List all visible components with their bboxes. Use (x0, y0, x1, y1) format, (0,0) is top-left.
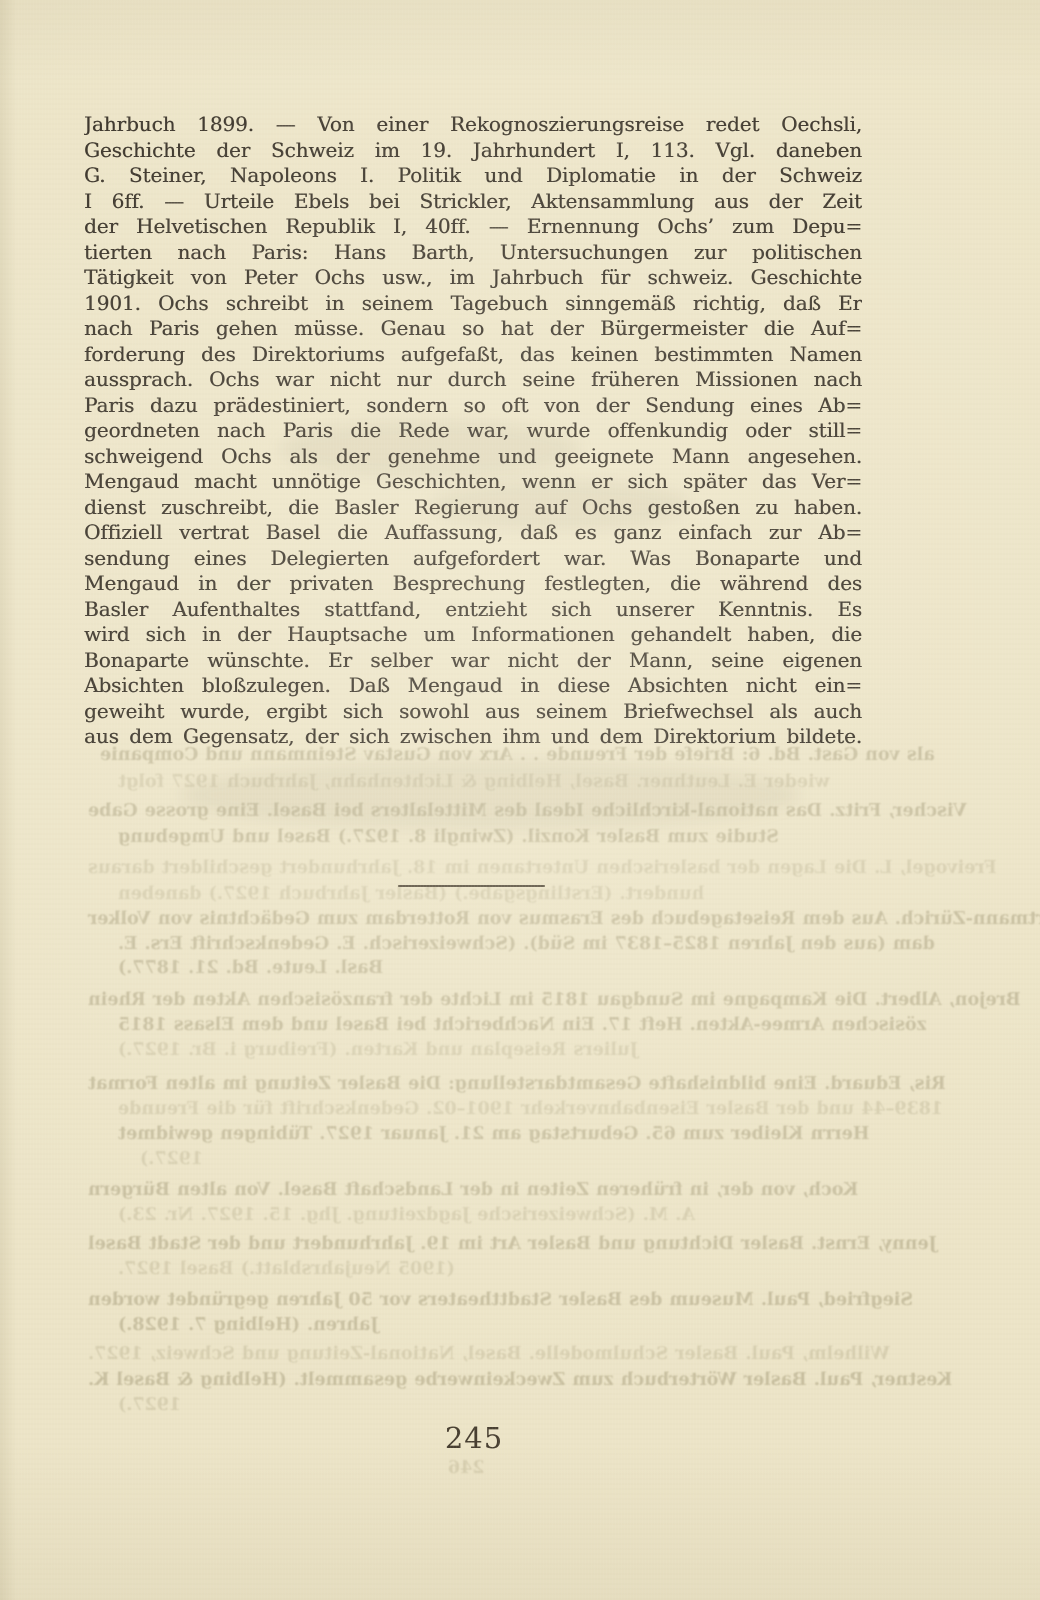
bleedthrough-line: dam (aus den Jahren 1825–1837 im Süd). (… (118, 934, 935, 954)
footnote-line: Offiziell vertrat Basel die Auffassung, … (84, 520, 862, 546)
footnote-line: Basler Aufenthaltes stattfand, entzieht … (84, 597, 862, 623)
footnote-line: Geschichte der Schweiz im 19. Jahrhunder… (84, 138, 862, 164)
bleedthrough-line: Ris, Eduard. Eine bildnishafte Gesamtdar… (88, 1074, 946, 1094)
bleedthrough-line: hundert. (Erstlingsgabe.) (Basler Jahrbu… (118, 884, 704, 904)
footnote-line: Bonaparte wünschte. Er selber war nicht … (84, 648, 862, 674)
bleedthrough-line: Koch, von der, in früheren Zeiten in der… (88, 1180, 858, 1200)
footnote-line: G. Steiner, Napoleons I. Politik und Dip… (84, 163, 862, 189)
footnote-line: aus dem Gegensatz, der sich zwischen ihm… (84, 724, 862, 750)
footnote-line: wird sich in der Hauptsache um Informati… (84, 622, 862, 648)
bleedthrough-line: Jenny, Ernst. Basler Dichtung und Basler… (88, 1234, 937, 1254)
footnote-line: nach Paris gehen müsse. Genau so hat der… (84, 316, 862, 342)
bleedthrough-line: Herrn Kleiber zum 65. Geburtstag am 21. … (118, 1124, 869, 1144)
footnote-line: Mengaud in der privaten Besprechung fest… (84, 571, 862, 597)
bleedthrough-line: Brejon, Albert. Die Kampagne im Sundgau … (88, 990, 1021, 1010)
bleedthrough-line: 1927.) (118, 1395, 181, 1415)
bleedthrough-line: Siegfried, Paul. Museum des Basler Stadt… (88, 1290, 913, 1310)
bleedthrough-line: A. M. (Schweizerische Jagdzeitung. Jhg. … (118, 1205, 695, 1225)
footnote-line: Jahrbuch 1899. — Von einer Rekognoszieru… (84, 112, 862, 138)
bleedthrough-line: Juliers Reiseplan und Karten. (Freiburg … (118, 1040, 638, 1060)
paper-smudge (180, 760, 800, 830)
bleedthrough-line: Basl. Leute. Bd. 21. 1877.) (118, 958, 383, 978)
footnote-line: tierten nach Paris: Hans Barth, Untersuc… (84, 240, 862, 266)
footnote-line: der Helvetischen Republik I, 40ff. — Ern… (84, 214, 862, 240)
page-number: 245 (424, 1421, 524, 1455)
footnote-line: I 6ff. — Urteile Ebels bei Strickler, Ak… (84, 189, 862, 215)
bleedthrough-line: Jahren. (Helbing 7. 1928.) (118, 1315, 379, 1335)
bleedthrough-line: Wilhelm, Paul. Basler Schulmodelle. Base… (88, 1344, 890, 1364)
bleedthrough-line: Freivogel, L. Die Lagen der baslerischen… (88, 858, 997, 878)
footnote-line: dienst zuschreibt, die Basler Regierung … (84, 495, 862, 521)
bleedthrough-line: (1905 Neujahrsblatt.) Basel 1927. (118, 1259, 455, 1279)
footnote-line: sendung eines Delegierten aufgefordert w… (84, 546, 862, 572)
section-divider-rule (398, 885, 545, 887)
footnote-line: 1901. Ochs schreibt in seinem Tagebuch s… (84, 291, 862, 317)
footnote-line: forderung des Direktoriums aufgefaßt, da… (84, 342, 862, 368)
footnote-line: aussprach. Ochs war nicht nur durch sein… (84, 367, 862, 393)
footnote-block: Jahrbuch 1899. — Von einer Rekognoszieru… (84, 112, 862, 750)
footnote-line: Tätigkeit von Peter Ochs usw., im Jahrbu… (84, 265, 862, 291)
bleedthrough-line: Portmann-Zürich. Aus dem Reisetagebuch d… (88, 909, 1040, 929)
footnote-line: geordneten nach Paris die Rede war, wurd… (84, 418, 862, 444)
footnote-line: schweigend Ochs als der genehme und geei… (84, 444, 862, 470)
footnote-line: Paris dazu prädestiniert, sondern so oft… (84, 393, 862, 419)
bleedthrough-line: 246 (448, 1458, 485, 1478)
bleedthrough-line: Studie zum Basler Konzil. (Zwingli 8. 19… (118, 827, 779, 847)
bleedthrough-line: 1927.) (140, 1149, 203, 1169)
footnote-line: geweiht wurde, ergibt sich sowohl aus se… (84, 699, 862, 725)
footnote-line: Mengaud macht unnötige Geschichten, wenn… (84, 469, 862, 495)
bleedthrough-line: Kestner, Paul. Basler Wörterbuch zum Zwe… (88, 1370, 952, 1390)
book-page: als von Gast. Bd. 6: Briefe der Freunde … (0, 0, 1040, 1600)
bleedthrough-line: 1839–44 und der Basler Eisenbahnverkehr … (118, 1099, 943, 1119)
bleedthrough-line: zösischen Armee-Akten. Heft 17. Ein Nach… (118, 1015, 927, 1035)
footnote-line: Absichten bloßzulegen. Daß Mengaud in di… (84, 673, 862, 699)
